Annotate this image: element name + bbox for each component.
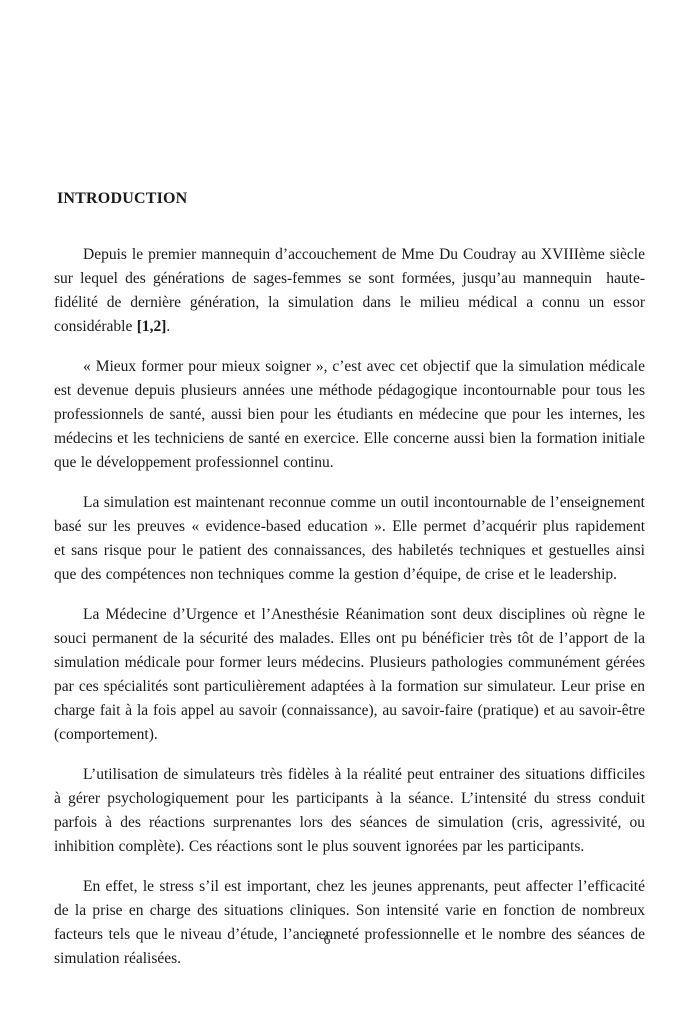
body-text: Depuis le premier mannequin d’accoucheme… [54,243,645,971]
paragraph-text: . [166,318,170,335]
page-footer: 6 [0,932,654,948]
document-page: INTRODUCTION Depuis le premier mannequin… [0,0,700,1028]
paragraph: La Médecine d’Urgence et l’Anesthésie Ré… [54,603,645,747]
page-content: INTRODUCTION Depuis le premier mannequin… [54,0,645,987]
paragraph-text: En effet, le stress s’il est important, … [54,878,649,967]
paragraph-text: L’utilisation de simulateurs très fidèle… [54,766,649,855]
page-number: 6 [324,932,331,947]
section-heading: INTRODUCTION [54,188,645,209]
paragraph: « Mieux former pour mieux soigner », c’e… [54,355,645,475]
paragraph-text: La simulation est maintenant reconnue co… [54,494,663,583]
citation-reference: [1,2] [137,318,167,335]
paragraph-text: La Médecine d’Urgence et l’Anesthésie Ré… [54,606,649,743]
paragraph: La simulation est maintenant reconnue co… [54,491,645,587]
paragraph-text: « Mieux former pour mieux soigner », c’e… [54,358,649,471]
paragraph: En effet, le stress s’il est important, … [54,875,645,971]
paragraph: Depuis le premier mannequin d’accoucheme… [54,243,645,339]
paragraph: L’utilisation de simulateurs très fidèle… [54,763,645,859]
